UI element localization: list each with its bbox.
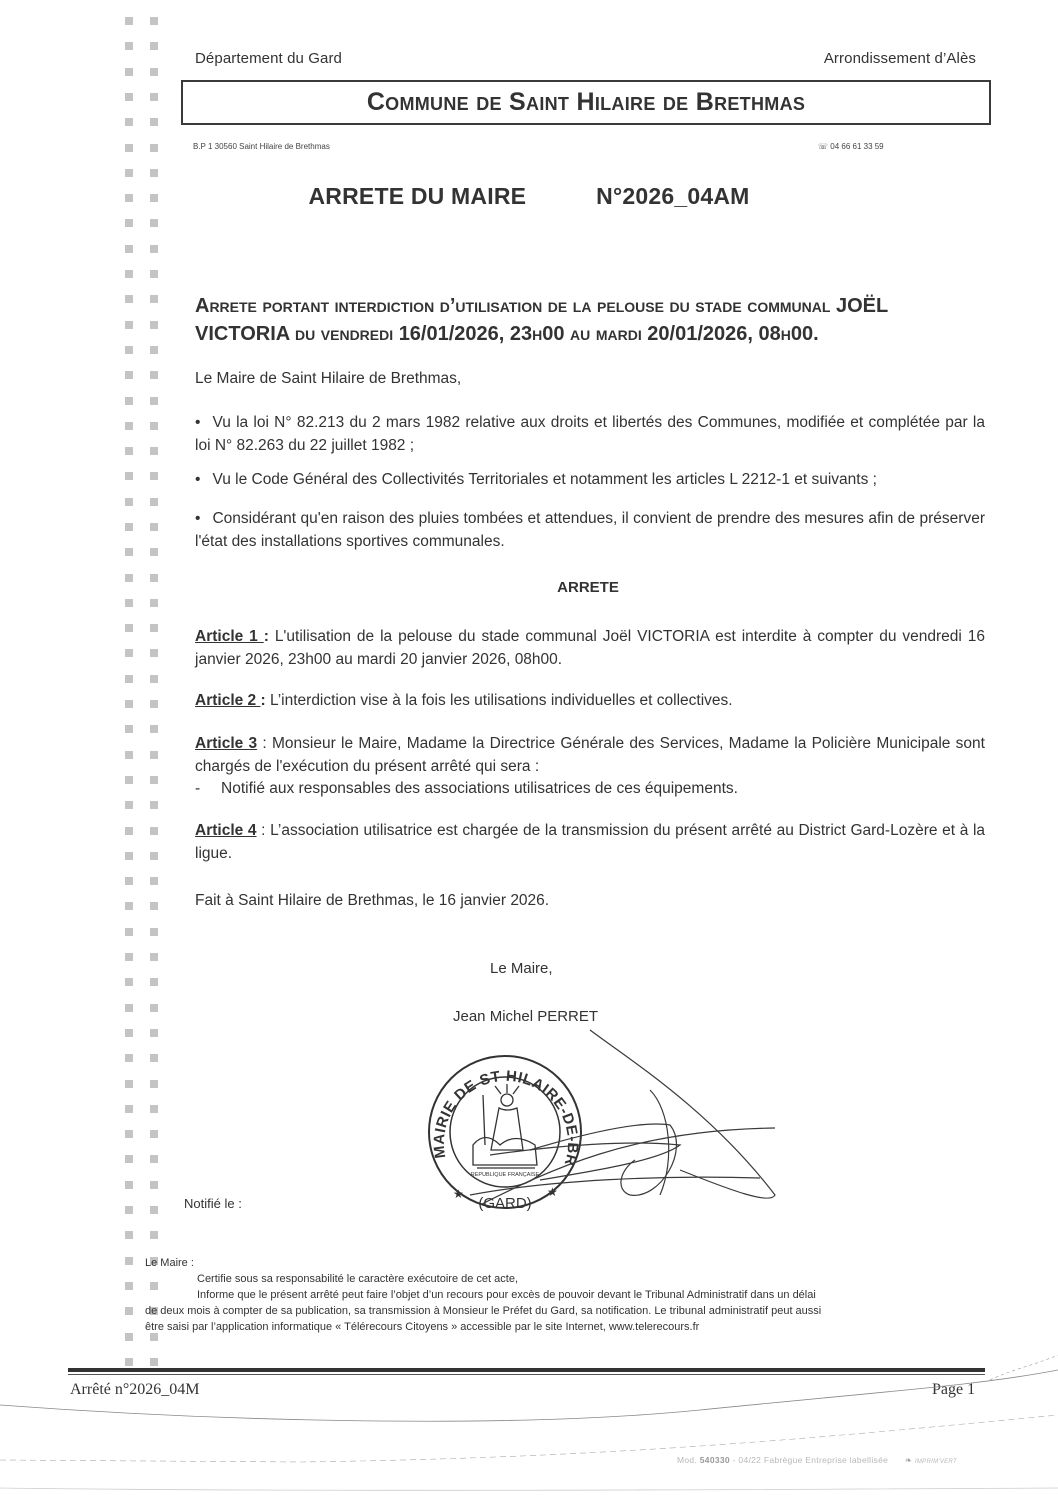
legal-line-1: Certifie sous sa responsabilité le carac… <box>145 1271 990 1287</box>
phone-number: 04 66 61 33 59 <box>830 142 883 151</box>
page-number: Page 1 <box>932 1381 975 1399</box>
consideration-2: Vu le Code Général des Collectivités Ter… <box>195 469 985 492</box>
consideration-3: Considérant qu'en raison des pluies tomb… <box>195 508 985 553</box>
article-4: Article 4 : L’association utilisatrice e… <box>195 820 985 865</box>
article-1-text: L'utilisation de la pelouse du stade com… <box>195 628 985 668</box>
consideration-1: Vu la loi N° 82.213 du 2 mars 1982 relat… <box>195 412 985 457</box>
article-2: Article 2 : L’interdiction vise à la foi… <box>195 690 985 713</box>
postal-address: B.P 1 30560 Saint Hilaire de Brethmas <box>193 142 330 151</box>
article-1-label: Article 1 <box>195 628 264 645</box>
preamble-intro: Le Maire de Saint Hilaire de Brethmas, <box>195 368 985 391</box>
legal-line-2: Informe que le présent arrêté peut faire… <box>145 1287 990 1303</box>
article-2-label: Article 2 <box>195 692 260 709</box>
phone-line: ☏ 04 66 61 33 59 <box>818 142 884 151</box>
legal-notice: Le Maire : Certifie sous sa responsabili… <box>145 1255 990 1335</box>
imprim-vert-badge: IMPRIM'VERT <box>915 1459 957 1465</box>
article-4-sep: : <box>257 822 271 839</box>
decree-number: N°2026_04AM <box>596 183 749 209</box>
article-1: Article 1 : L'utilisation de la pelouse … <box>195 626 985 671</box>
decree-title: ARRETE DU MAIREN°2026_04AM <box>0 183 1058 210</box>
footer-rule-thin <box>68 1374 985 1375</box>
article-1-sep: : <box>264 628 275 645</box>
phone-icon: ☏ <box>818 142 828 151</box>
leaf-icon: ❧ <box>905 1455 912 1465</box>
article-3-sub-item: -Notifié aux responsables des associatio… <box>195 778 985 801</box>
commune-title: Commune de Saint Hilaire de Brethmas <box>367 88 805 117</box>
article-3-text: Monsieur le Maire, Madame la Directrice … <box>195 735 985 775</box>
department-label: Département du Gard <box>195 50 342 67</box>
handwritten-signature <box>430 1020 790 1220</box>
done-at: Fait à Saint Hilaire de Brethmas, le 16 … <box>195 890 985 913</box>
decree-subject: Arrete portant interdiction d’utilisatio… <box>195 292 985 348</box>
printer-mark: Mod. 540330 - 04/22 Fabrègue Entreprise … <box>677 1455 957 1466</box>
article-3-sub-text: Notifié aux responsables des association… <box>221 780 738 797</box>
arrete-heading: ARRETE <box>0 579 1058 596</box>
commune-title-box: Commune de Saint Hilaire de Brethmas <box>181 80 991 125</box>
legal-line-3: de deux mois à compter de sa publication… <box>145 1303 990 1319</box>
printer-model-number: 540330 <box>700 1455 730 1465</box>
legal-heading: Le Maire : <box>145 1255 990 1271</box>
notified-label: Notifié le : <box>184 1196 242 1211</box>
article-4-text: L’association utilisatrice est chargée d… <box>195 822 985 862</box>
printer-mark-text: - 04/22 Fabrègue Entreprise labellisée <box>733 1455 889 1465</box>
footer-reference: Arrêté n°2026_04M <box>70 1381 199 1399</box>
article-3: Article 3 : Monsieur le Maire, Madame la… <box>195 733 985 801</box>
footer-rule <box>68 1368 985 1372</box>
article-2-sep: : <box>260 692 269 709</box>
article-2-text: L’interdiction vise à la fois les utilis… <box>270 692 733 709</box>
article-3-sep: : <box>257 735 272 752</box>
article-4-label: Article 4 <box>195 822 257 839</box>
printer-model-prefix: Mod. <box>677 1455 697 1465</box>
decree-heading: ARRETE DU MAIRE <box>309 183 527 209</box>
signatory-role: Le Maire, <box>490 960 553 977</box>
article-3-label: Article 3 <box>195 735 257 752</box>
arrondissement-label: Arrondissement d’Alès <box>824 50 976 67</box>
legal-line-4: être saisi par l’application informatiqu… <box>145 1319 990 1335</box>
